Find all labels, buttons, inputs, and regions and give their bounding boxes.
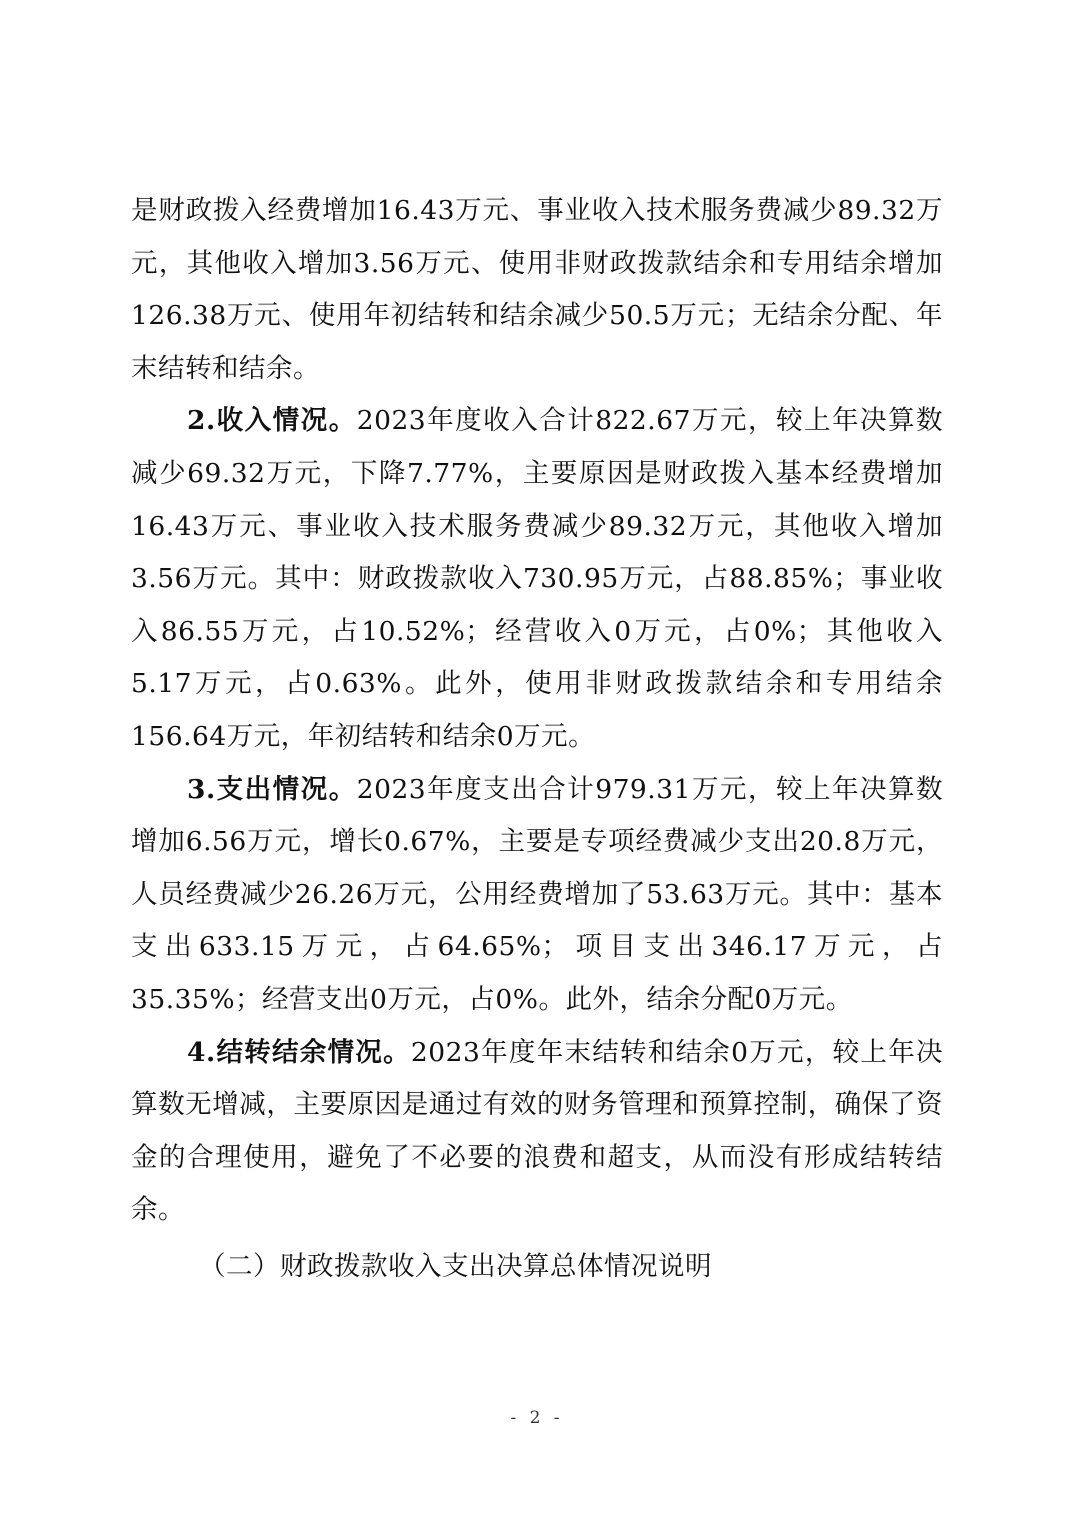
- section-heading: （二）财政拨款收入支出决算总体情况说明: [131, 1241, 943, 1294]
- paragraph-income: 2.收入情况。2023年度收入合计822.67万元，较上年决算数减少69.32万…: [131, 395, 943, 763]
- paragraph-carryover: 4.结转结余情况。2023年度年末结转和结余0万元，较上年决算数无增减，主要原因…: [131, 1027, 943, 1237]
- document-body: 是财政拨入经费增加16.43万元、事业收入技术服务费减少89.32万元，其他收入…: [131, 185, 943, 1293]
- paragraph-continuation: 是财政拨入经费增加16.43万元、事业收入技术服务费减少89.32万元，其他收入…: [131, 185, 943, 395]
- paragraph-lead-title: 3.支出情况。: [187, 774, 357, 805]
- page-number: - 2 -: [0, 1408, 1074, 1428]
- paragraph-expenditure: 3.支出情况。2023年度支出合计979.31万元，较上年决算数增加6.56万元…: [131, 764, 943, 1027]
- document-page: 是财政拨入经费增加16.43万元、事业收入技术服务费减少89.32万元，其他收入…: [0, 0, 1074, 1520]
- paragraph-lead-title: 2.收入情况。: [187, 405, 357, 436]
- paragraph-text: 2023年度收入合计822.67万元，较上年决算数减少69.32万元，下降7.7…: [131, 405, 943, 752]
- paragraph-text: 是财政拨入经费增加16.43万元、事业收入技术服务费减少89.32万元，其他收入…: [131, 195, 943, 384]
- paragraph-text: 2023年度支出合计979.31万元，较上年决算数增加6.56万元，增长0.67…: [131, 774, 943, 1015]
- paragraph-lead-title: 4.结转结余情况。: [187, 1037, 411, 1068]
